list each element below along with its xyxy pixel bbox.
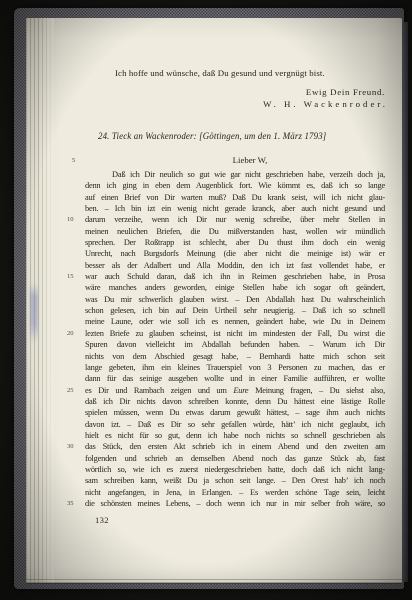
stamp-mark [30, 284, 38, 342]
line-text: dann für das seinige ausgeben wollte und… [85, 374, 385, 383]
line-text: Spuren davon vielleicht im Abdallah befu… [85, 340, 385, 349]
line-text: Unrecht, nach Burgsdorfs Meinung (die ab… [85, 249, 385, 258]
book-page: Ich hoffe und wünsche, daß Du gesund und… [26, 18, 402, 584]
body-line: Unrecht, nach Burgsdorfs Meinung (die ab… [85, 248, 385, 259]
body-line: sprechen. Der Roßtrapp ist schlecht, abe… [85, 237, 385, 248]
body-line: auf einen Brief von Dir warten muß? Daß … [85, 192, 385, 203]
line-text: nichts von dem Abschied gesagt habe, – B… [85, 352, 385, 361]
page-number: 132 [95, 515, 109, 525]
line-text: besser als der Adalbert und Alla Moddin,… [85, 261, 385, 270]
letter-heading: 24. Tieck an Wackenroder: [Göttingen, um… [98, 131, 326, 141]
body-line: 15war auch Schuld daran, daß ich ihn in … [85, 271, 385, 282]
body-line: sam schreiben kann, weißt Du ja schon se… [85, 475, 385, 486]
line-text: spielen müssen, wenn Du etwas darum gewu… [85, 408, 385, 417]
line-text: Daß ich Dir neulich so gut wie gar nicht… [112, 170, 385, 179]
body-line: meinen neulichen Briefen, die Du mißvers… [85, 226, 385, 237]
line-text: es Dir und Rambach zeigen und um [85, 386, 227, 395]
line-text: lezten Briefe zu glauben scheinst, ist n… [85, 329, 385, 338]
line-number: 35 [67, 499, 82, 508]
line-text: Meinung fragen, – Du siehst also, [255, 386, 385, 395]
previous-letter-signature: W. H. Wackenroder. [263, 99, 388, 109]
body-line: folgenden und schrieb an demselben Abend… [85, 453, 385, 464]
line-text: wörtlich so, wie ich es zuerst niederges… [85, 465, 385, 474]
line-text: sam schreiben kann, weißt Du ja schon se… [85, 476, 385, 485]
body-line: dann für das seinige ausgeben wollte und… [85, 373, 385, 384]
line-number: 20 [67, 329, 82, 338]
line-text: lange gebeten, ihm ein kleines Trauerspi… [85, 363, 385, 372]
line-text: folgenden und schrieb an demselben Abend… [85, 454, 385, 463]
line-text: was Du mir schwerlich glauben wirst. – D… [85, 295, 385, 304]
body-line: schon gelesen, ich bin auf Dein Urtheil … [85, 305, 385, 316]
page-bottom-edge [26, 577, 402, 584]
body-line: Daß ich Dir neulich so gut wie gar nicht… [85, 169, 385, 180]
body-line: hielt es nicht für so gut, denn ich habe… [85, 430, 385, 441]
body-line: wäre manches anders geworden, einige Ste… [85, 282, 385, 293]
line-text: meinen neulichen Briefen, die Du mißvers… [85, 227, 385, 236]
body-line: nicht angefangen, in Jena, in Erlangen. … [85, 487, 385, 498]
previous-letter-closing-line: Ich hoffe und wünsche, daß Du gesund und… [115, 68, 325, 78]
line-text: war auch Schuld daran, daß ich ihn in Re… [85, 272, 385, 281]
line-text: davon izt. – Daß es Dir so sehr gefallen… [85, 420, 385, 429]
line-number: 25 [67, 386, 82, 395]
line-number: 30 [67, 442, 82, 451]
line-text: meine Laune, oder wie soll ich es nennen… [85, 317, 385, 326]
line-text: wäre manches anders geworden, einige Ste… [85, 283, 385, 292]
line-text: sprechen. Der Roßtrapp ist schlecht, abe… [85, 238, 385, 247]
body-line: 25es Dir und Rambach zeigen und um Eure … [85, 385, 385, 396]
line-number: 5 [72, 157, 75, 164]
line-number: 15 [67, 272, 82, 281]
scanned-book-photo: { "book_page": { "page_number": "132", "… [0, 0, 412, 600]
body-line: was Du mir schwerlich glauben wirst. – D… [85, 294, 385, 305]
body-line: 30das Stück, den ersten Akt schrieb ich … [85, 441, 385, 452]
body-line: ben. – Ich bin izt ein wenig nicht gerad… [85, 203, 385, 214]
line-text: denn ich ging in eben dem Augenblick for… [85, 181, 385, 190]
body-line: wörtlich so, wie ich es zuerst niederges… [85, 464, 385, 475]
body-line: Spuren davon vielleicht im Abdallah befu… [85, 339, 385, 350]
letter-salutation: Lieber W, [85, 155, 385, 165]
line-text-emphasis: Eure [233, 386, 248, 395]
line-text: ben. – Ich bin izt ein wenig nicht gerad… [85, 204, 385, 213]
body-line: spielen müssen, wenn Du etwas darum gewu… [85, 407, 385, 418]
body-line: lange gebeten, ihm ein kleines Trauerspi… [85, 362, 385, 373]
line-text: die schönsten meines Lebens, – doch wenn… [85, 499, 385, 508]
line-text: schon gelesen, ich bin auf Dein Urtheil … [85, 306, 385, 315]
body-line: 10darum verzeihe, wenn ich Dir nur wenig… [85, 214, 385, 225]
line-text: das Stück, den ersten Akt schrieb ich in… [85, 442, 385, 451]
body-line: 35die schönsten meines Lebens, – doch we… [85, 498, 385, 509]
body-line: meine Laune, oder wie soll ich es nennen… [85, 316, 385, 327]
line-text: auf einen Brief von Dir warten muß? Daß … [85, 193, 385, 202]
line-text: hielt es nicht für so gut, denn ich habe… [85, 431, 385, 440]
body-line: besser als der Adalbert und Alla Moddin,… [85, 260, 385, 271]
letter-body: Daß ich Dir neulich so gut wie gar nicht… [85, 169, 385, 509]
line-text: daß ich Dir nichts davon schreiben konnt… [85, 397, 385, 406]
previous-letter-valediction: Ewig Dein Freund. [306, 87, 385, 97]
line-number: 10 [67, 215, 82, 224]
body-line: denn ich ging in eben dem Augenblick for… [85, 180, 385, 191]
body-line: davon izt. – Daß es Dir so sehr gefallen… [85, 419, 385, 430]
line-text: nicht angefangen, in Jena, in Erlangen. … [85, 488, 385, 497]
line-text: darum verzeihe, wenn ich Dir nur wenig s… [85, 215, 385, 224]
book-spine-shadow [402, 22, 408, 582]
body-line: daß ich Dir nichts davon schreiben konnt… [85, 396, 385, 407]
body-line: nichts von dem Abschied gesagt habe, – B… [85, 351, 385, 362]
body-line: 20lezten Briefe zu glauben scheinst, ist… [85, 328, 385, 339]
